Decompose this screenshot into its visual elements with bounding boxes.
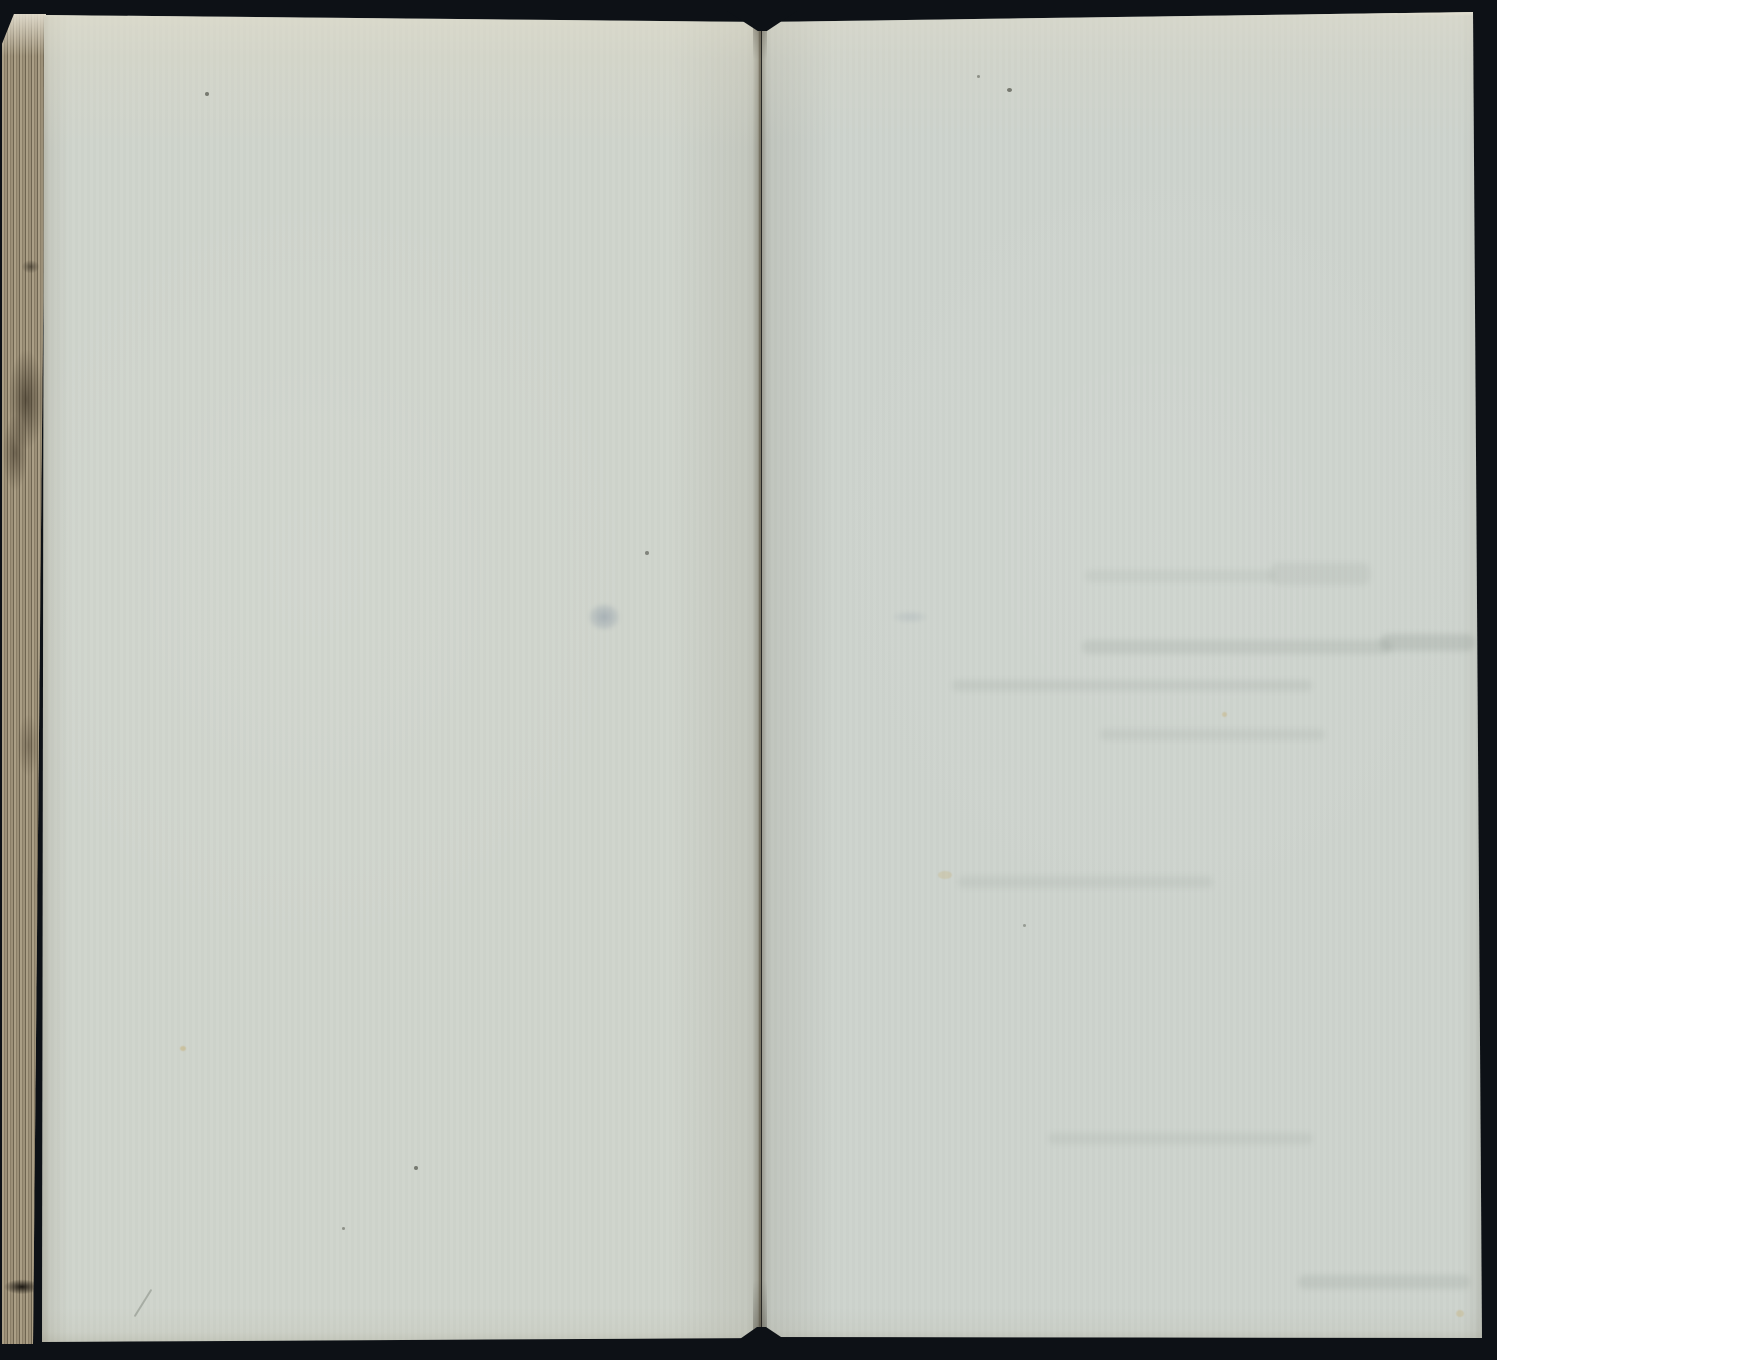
- right-blank-page: [759, 11, 1483, 1340]
- scanner-bed-white-strip: [1497, 0, 1760, 1360]
- book-fore-edge-page-stack: [2, 14, 46, 1344]
- scanner-dark-background: [0, 0, 1497, 1360]
- left-blank-page: [42, 13, 761, 1344]
- book-gutter-shadow: [753, 15, 767, 1337]
- scan-frame: [0, 0, 1760, 1360]
